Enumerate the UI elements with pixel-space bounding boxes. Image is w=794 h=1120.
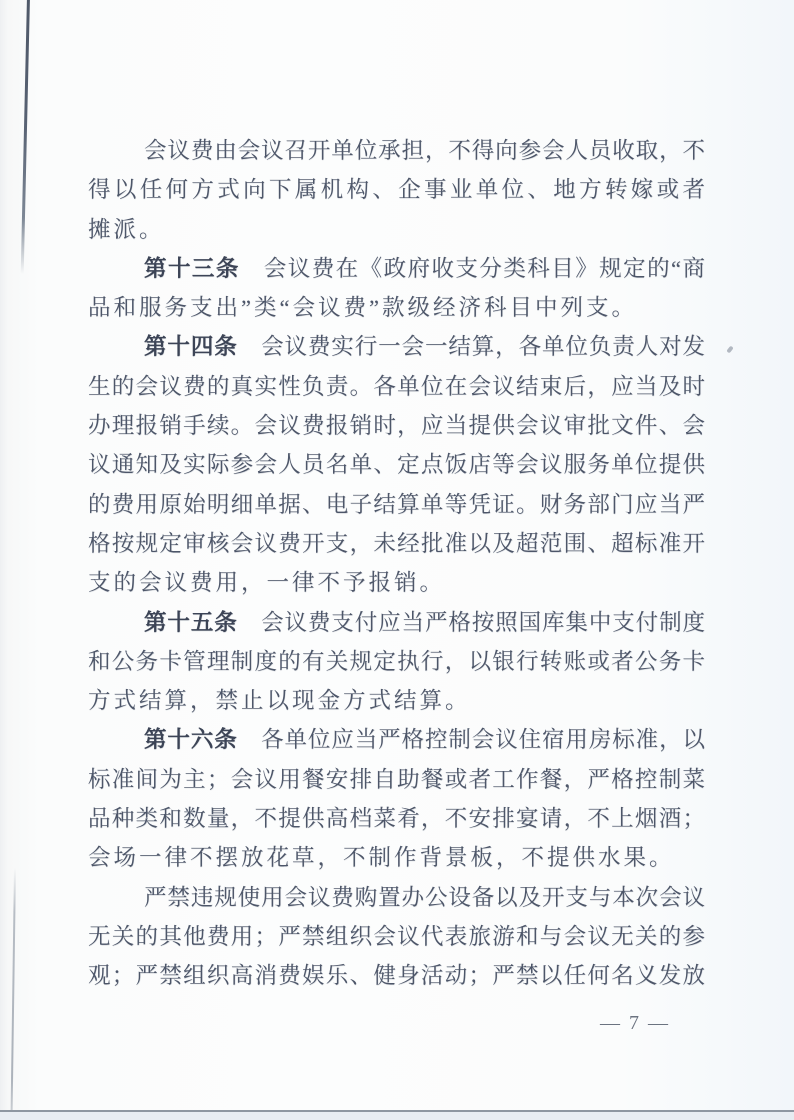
article-heading: 第十六条 (144, 727, 238, 752)
text-run: 观；严禁组织高消费娱乐、健身活动；严禁以任何名义发放 (88, 963, 705, 988)
text-line: 的费用原始明细单据、电子结算单等凭证。财务部门应当严 (88, 485, 705, 524)
text-run: 方式结算，禁止以现金方式结算。 (88, 688, 471, 713)
text-line: 第十六条 各单位应当严格控制会议住宿用房标准，以 (88, 720, 705, 759)
text-run: 会议费实行一会一结算，各单位负责人对发 (238, 334, 705, 359)
text-run: 摊派。 (88, 217, 165, 242)
body-text: 会议费由会议召开单位承担，不得向参会人员收取，不得以任何方式向下属机构、企事业单… (88, 131, 705, 996)
text-run: 标准间为主；会议用餐安排自助餐或者工作餐，严格控制菜 (88, 767, 705, 792)
text-run: 格按规定审核会议费开支，未经批准以及超范围、超标准开 (88, 531, 705, 556)
text-line: 无关的其他费用；严禁组织会议代表旅游和与会议无关的参 (88, 917, 705, 956)
text-run: 品种类和数量，不提供高档菜肴，不安排宴请，不上烟酒； (88, 806, 705, 831)
text-run: 得以任何方式向下属机构、企事业单位、地方转嫁或者 (88, 177, 705, 202)
text-line: 生的会议费的真实性负责。各单位在会议结束后，应当及时 (88, 367, 705, 406)
article-heading: 第十五条 (144, 610, 238, 635)
text-run: 会议费支付应当严格按照国库集中支付制度 (238, 610, 705, 635)
text-run: 会议费由会议召开单位承担，不得向参会人员收取，不 (144, 138, 705, 163)
text-run: 严禁违规使用会议费购置办公设备以及开支与本次会议 (144, 885, 705, 910)
text-line: 会议费由会议召开单位承担，不得向参会人员收取，不 (88, 131, 705, 170)
text-line: 第十五条 会议费支付应当严格按照国库集中支付制度 (88, 603, 705, 642)
text-line: 第十三条 会议费在《政府收支分类科目》规定的“商 (88, 249, 705, 288)
text-run: 的费用原始明细单据、电子结算单等凭证。财务部门应当严 (88, 492, 705, 517)
article-heading: 第十三条 (144, 256, 240, 281)
text-run: 和公务卡管理制度的有关规定执行，以银行转账或者公务卡 (88, 649, 705, 674)
text-line: 第十四条 会议费实行一会一结算，各单位负责人对发 (88, 327, 705, 366)
scanned-page: 会议费由会议召开单位承担，不得向参会人员收取，不得以任何方式向下属机构、企事业单… (0, 0, 794, 1120)
scan-edge-line-top (21, 0, 30, 274)
text-line: 摊派。 (88, 210, 705, 249)
text-line: 严禁违规使用会议费购置办公设备以及开支与本次会议 (88, 878, 705, 917)
text-line: 格按规定审核会议费开支，未经批准以及超范围、超标准开 (88, 524, 705, 563)
text-line: 品种类和数量，不提供高档菜肴，不安排宴请，不上烟酒； (88, 799, 705, 838)
text-run: 无关的其他费用；严禁组织会议代表旅游和与会议无关的参 (88, 924, 705, 949)
text-line: 和公务卡管理制度的有关规定执行，以银行转账或者公务卡 (88, 642, 705, 681)
text-line: 议通知及实际参会人员名单、定点饭店等会议服务单位提供 (88, 445, 705, 484)
text-run: 办理报销手续。会议费报销时，应当提供会议审批文件、会 (88, 413, 705, 438)
text-line: 支的会议费用，一律不予报销。 (88, 563, 705, 602)
text-line: 观；严禁组织高消费娱乐、健身活动；严禁以任何名义发放 (88, 956, 705, 995)
scan-speck (726, 346, 733, 354)
scan-edge-bottom (0, 1110, 794, 1120)
text-run: 品和服务支出”类“会议费”款级经济科目中列支。 (88, 295, 637, 320)
text-line: 得以任何方式向下属机构、企事业单位、地方转嫁或者 (88, 170, 705, 209)
text-run: 会场一律不摆放花草，不制作背景板，不提供水果。 (88, 845, 675, 870)
text-run: 各单位应当严格控制会议住宿用房标准，以 (238, 727, 705, 752)
text-run: 生的会议费的真实性负责。各单位在会议结束后，应当及时 (88, 374, 705, 399)
page-number: — 7 — (585, 1008, 685, 1038)
scan-edge-line-bottom (11, 868, 16, 1114)
text-line: 品和服务支出”类“会议费”款级经济科目中列支。 (88, 288, 705, 327)
text-line: 会场一律不摆放花草，不制作背景板，不提供水果。 (88, 838, 705, 877)
text-run: 会议费在《政府收支分类科目》规定的“商 (240, 256, 705, 281)
text-run: 议通知及实际参会人员名单、定点饭店等会议服务单位提供 (88, 452, 705, 477)
text-line: 标准间为主；会议用餐安排自助餐或者工作餐，严格控制菜 (88, 760, 705, 799)
article-heading: 第十四条 (144, 334, 238, 359)
text-line: 办理报销手续。会议费报销时，应当提供会议审批文件、会 (88, 406, 705, 445)
text-line: 方式结算，禁止以现金方式结算。 (88, 681, 705, 720)
text-run: 支的会议费用，一律不予报销。 (88, 570, 445, 595)
